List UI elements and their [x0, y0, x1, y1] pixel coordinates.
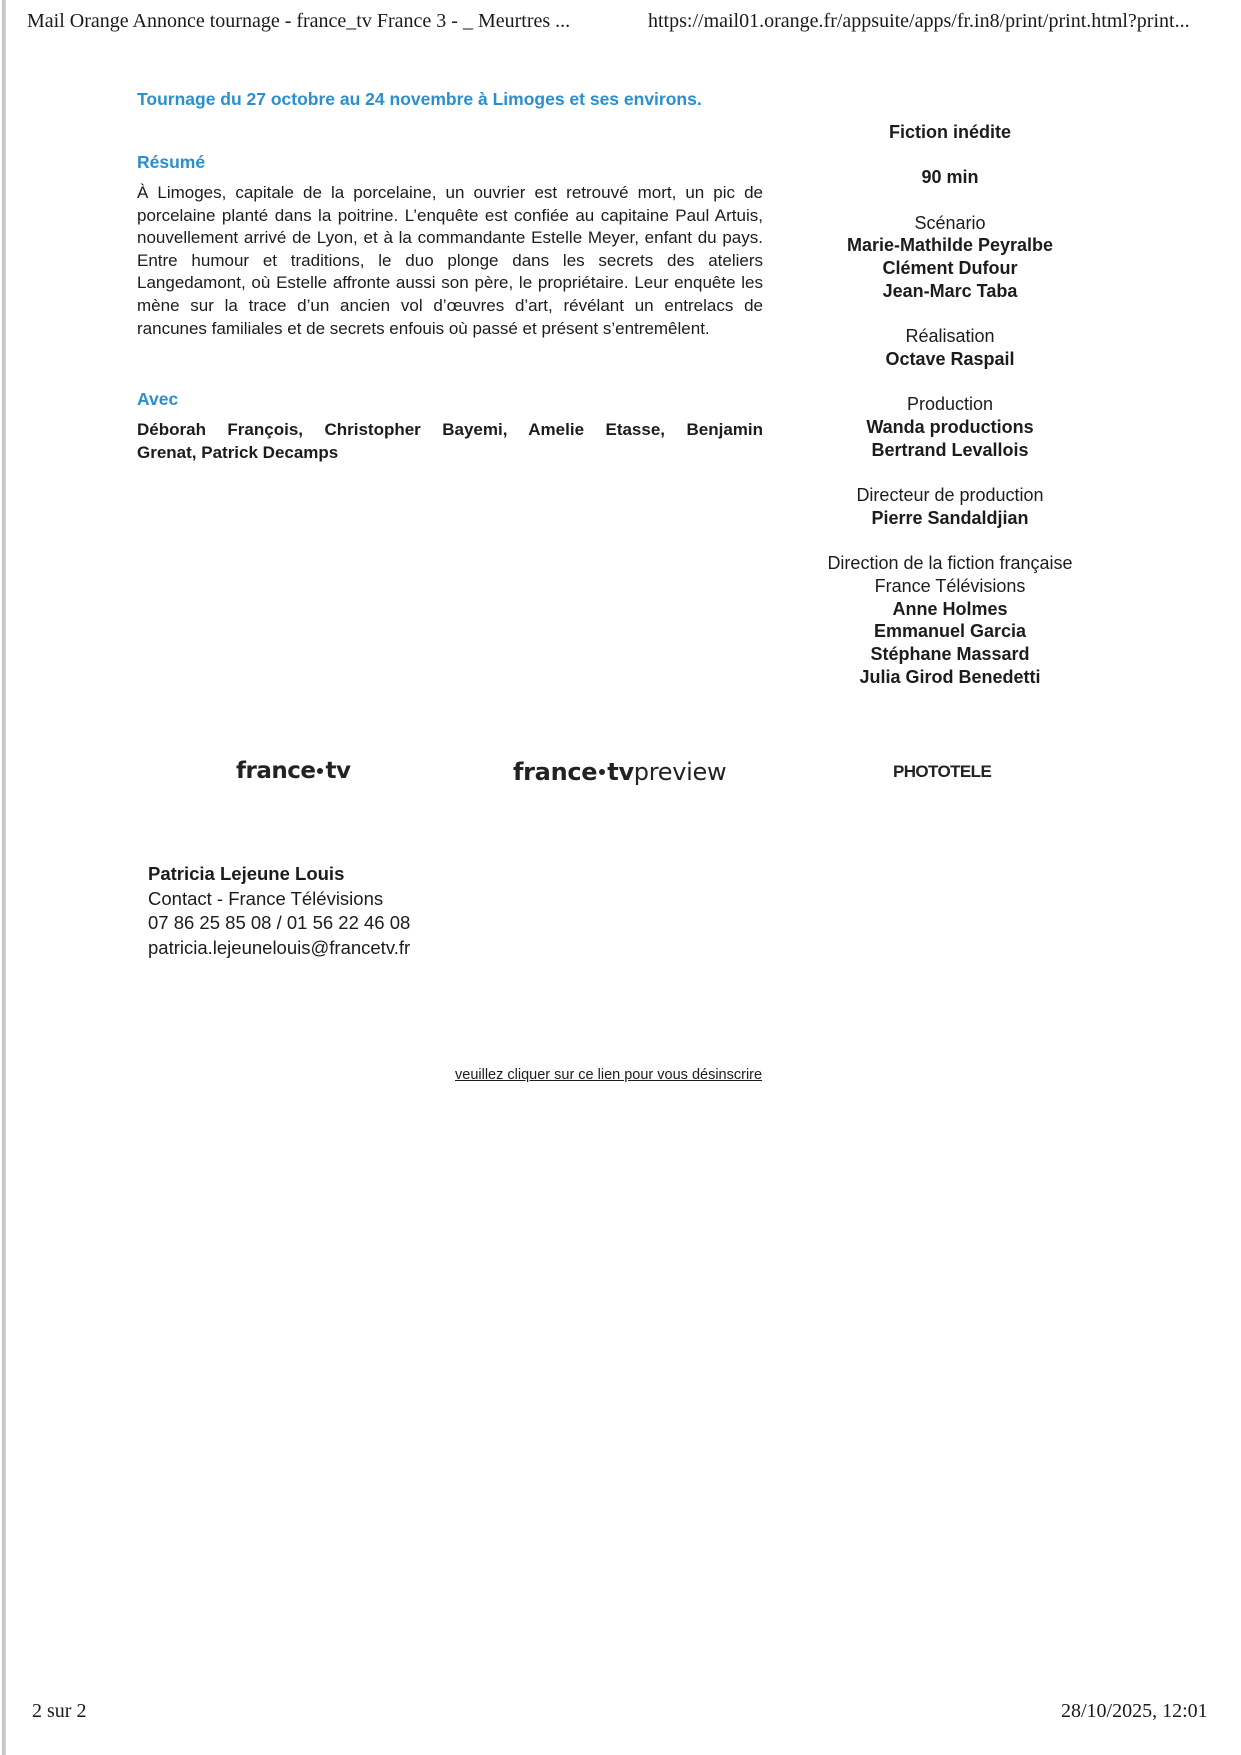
scenario-name: Clément Dufour [790, 257, 1110, 280]
direction-name: Stéphane Massard [790, 643, 1110, 666]
scenario-name: Marie-Mathilde Peyralbe [790, 234, 1110, 257]
directeur-label: Directeur de production [790, 484, 1110, 507]
shooting-dates: Tournage du 27 octobre au 24 novembre à … [137, 89, 702, 110]
scan-edge [2, 0, 6, 1755]
cast-heading: Avec [137, 389, 178, 410]
print-header-title: Mail Orange Annonce tournage - france_tv… [27, 10, 570, 33]
production-name: Bertrand Levallois [790, 439, 1110, 462]
dot-icon [317, 768, 323, 774]
direction-org: France Télévisions [790, 575, 1110, 598]
francetv-logo: francetv [236, 758, 350, 784]
press-contact: Patricia Lejeune Louis Contact - France … [148, 862, 410, 960]
phototele-logo: PHOTOTELE [893, 762, 991, 782]
direction-name: Emmanuel Garcia [790, 620, 1110, 643]
contact-email[interactable]: patricia.lejeunelouis@francetv.fr [148, 936, 410, 961]
contact-name: Patricia Lejeune Louis [148, 862, 410, 887]
realisation-label: Réalisation [790, 325, 1110, 348]
print-datetime: 28/10/2025, 12:01 [1061, 1700, 1208, 1723]
unsubscribe-link[interactable]: veuillez cliquer sur ce lien pour vous d… [455, 1067, 762, 1083]
production-name: Wanda productions [790, 416, 1110, 439]
scenario-name: Jean-Marc Taba [790, 280, 1110, 303]
page-number: 2 sur 2 [32, 1700, 86, 1723]
direction-label: Direction de la fiction française [790, 552, 1110, 575]
production-label: Production [790, 393, 1110, 416]
scenario-label: Scénario [790, 212, 1110, 235]
cast-list: Déborah François, Christopher Bayemi, Am… [137, 418, 763, 464]
realisation-name: Octave Raspail [790, 348, 1110, 371]
credits-column: Fiction inédite 90 min Scénario Marie-Ma… [790, 121, 1110, 688]
resume-text: À Limoges, capitale de la porcelaine, un… [137, 182, 763, 340]
cast-line-2: Grenat, Patrick Decamps [137, 443, 338, 462]
directeur-name: Pierre Sandaldjian [790, 507, 1110, 530]
dot-icon [599, 769, 605, 775]
genre: Fiction inédite [790, 121, 1110, 144]
francetv-preview-logo: francetvpreview [513, 758, 726, 786]
duration: 90 min [790, 166, 1110, 189]
contact-phones: 07 86 25 85 08 / 01 56 22 46 08 [148, 911, 410, 936]
direction-name: Anne Holmes [790, 598, 1110, 621]
cast-line-1: Déborah François, Christopher Bayemi, Am… [137, 418, 763, 441]
resume-heading: Résumé [137, 152, 205, 173]
contact-role: Contact - France Télévisions [148, 887, 410, 912]
direction-name: Julia Girod Benedetti [790, 666, 1110, 689]
print-header-url: https://mail01.orange.fr/appsuite/apps/f… [648, 10, 1190, 33]
